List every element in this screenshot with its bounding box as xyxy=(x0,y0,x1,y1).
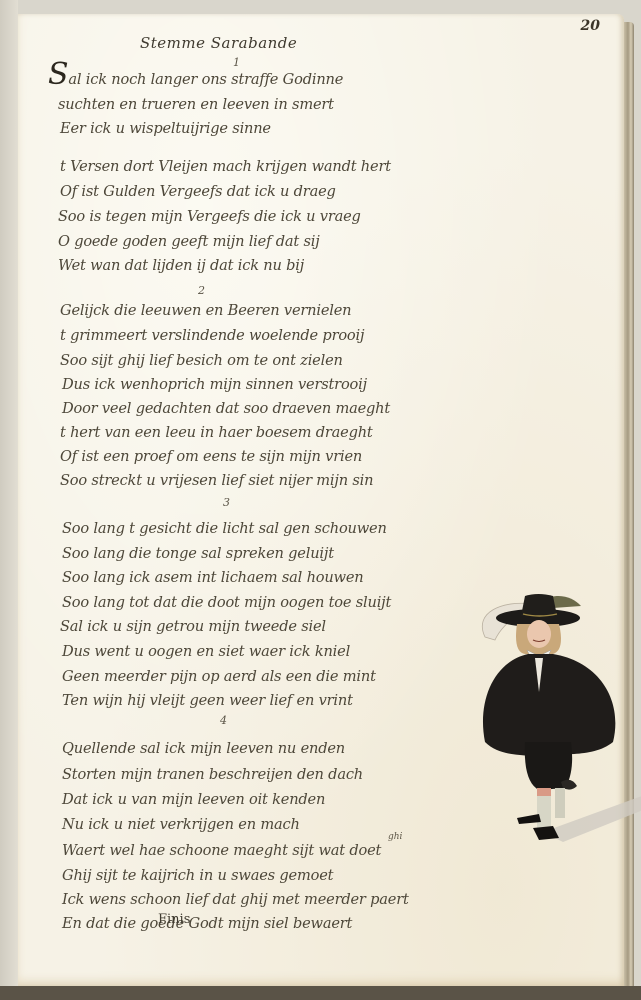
verse-line: Sal ick noch langer ons straffe Godinne xyxy=(48,66,343,89)
backdrop-left xyxy=(0,0,18,1000)
interlinear-annotation: ghi xyxy=(388,832,402,842)
verse-line: Ick wens schoon lief dat ghij met meerde… xyxy=(62,891,409,909)
finis-label: Finis xyxy=(158,912,190,927)
verse-line: Wet wan dat lijden ij dat ick nu bij xyxy=(58,257,304,275)
verse-line: suchten en trueren en leeven in smert xyxy=(58,96,334,114)
manuscript-page: 20 Stemme Sarabande 1 Sal ick noch lange… xyxy=(18,14,624,986)
stanza-number: 4 xyxy=(220,714,227,727)
verse-line: Soo lang die tonge sal spreken geluijt xyxy=(62,545,334,563)
verse-line: Geen meerder pijn op aerd als een die mi… xyxy=(62,668,376,686)
verse-line: Sal ick u sijn getrou mijn tweede siel xyxy=(60,618,326,636)
verse-line: Ghij sijt te kaijrich in u swaes gemoet xyxy=(62,867,333,885)
verse-line: t Versen dort Vleijen mach krijgen wandt… xyxy=(60,158,391,176)
page-number: 20 xyxy=(581,18,600,34)
verse-line: Quellende sal ick mijn leeven nu enden xyxy=(62,740,345,758)
verse-line: Soo lang t gesicht die licht sal gen sch… xyxy=(62,520,387,538)
verse-line: Nu ick u niet verkrijgen en mach xyxy=(62,816,300,834)
verse-line: Door veel gedachten dat soo draeven maeg… xyxy=(62,400,390,418)
verse-line: t grimmeert verslindende woelende prooij xyxy=(60,327,364,345)
verse-line: Of ist een proef om eens te sijn mijn vr… xyxy=(60,448,362,466)
verse-line: En dat die goede Godt mijn siel bewaert xyxy=(62,915,352,933)
verse-line: Soo sijt ghij lief besich om te ont ziel… xyxy=(60,352,343,370)
verse-line: Soo streckt u vrijesen lief siet nijer m… xyxy=(60,472,373,490)
verse-line: Ten wijn hij vleijt geen weer lief en vr… xyxy=(62,692,353,710)
verse-line: Eer ick u wispeltuijrige sinne xyxy=(60,120,271,138)
verse-line: t hert van een leeu in haer boesem draeg… xyxy=(60,424,373,442)
stanza-number: 3 xyxy=(223,496,230,509)
backdrop-bottom xyxy=(0,986,641,1000)
verse-line: Gelijck die leeuwen en Beeren vernielen xyxy=(60,302,351,320)
verse-line: O goede goden geeft mijn lief dat sij xyxy=(58,233,320,251)
verse-line: Storten mijn tranen beschreijen den dach xyxy=(62,766,363,784)
verse-line: Soo lang tot dat die doot mijn oogen toe… xyxy=(62,594,391,612)
figure-illustration xyxy=(473,592,641,862)
verse-line: Soo lang ick asem int lichaem sal houwen xyxy=(62,569,363,587)
stanza-number: 2 xyxy=(198,284,205,297)
song-heading: Stemme Sarabande xyxy=(140,34,297,52)
verse-line: Dat ick u van mijn leeven oit kenden xyxy=(62,791,325,809)
verse-line: Waert wel hae schoone maeght sijt wat do… xyxy=(62,842,381,860)
verse-line: Of ist Gulden Vergeefs dat ick u draeg xyxy=(60,183,336,201)
verse-line: Dus ick wenhoprich mijn sinnen verstrooi… xyxy=(62,376,367,394)
verse-line: Dus went u oogen en siet waer ick kniel xyxy=(62,643,350,661)
verse-line: Soo is tegen mijn Vergeefs die ick u vra… xyxy=(58,208,361,226)
